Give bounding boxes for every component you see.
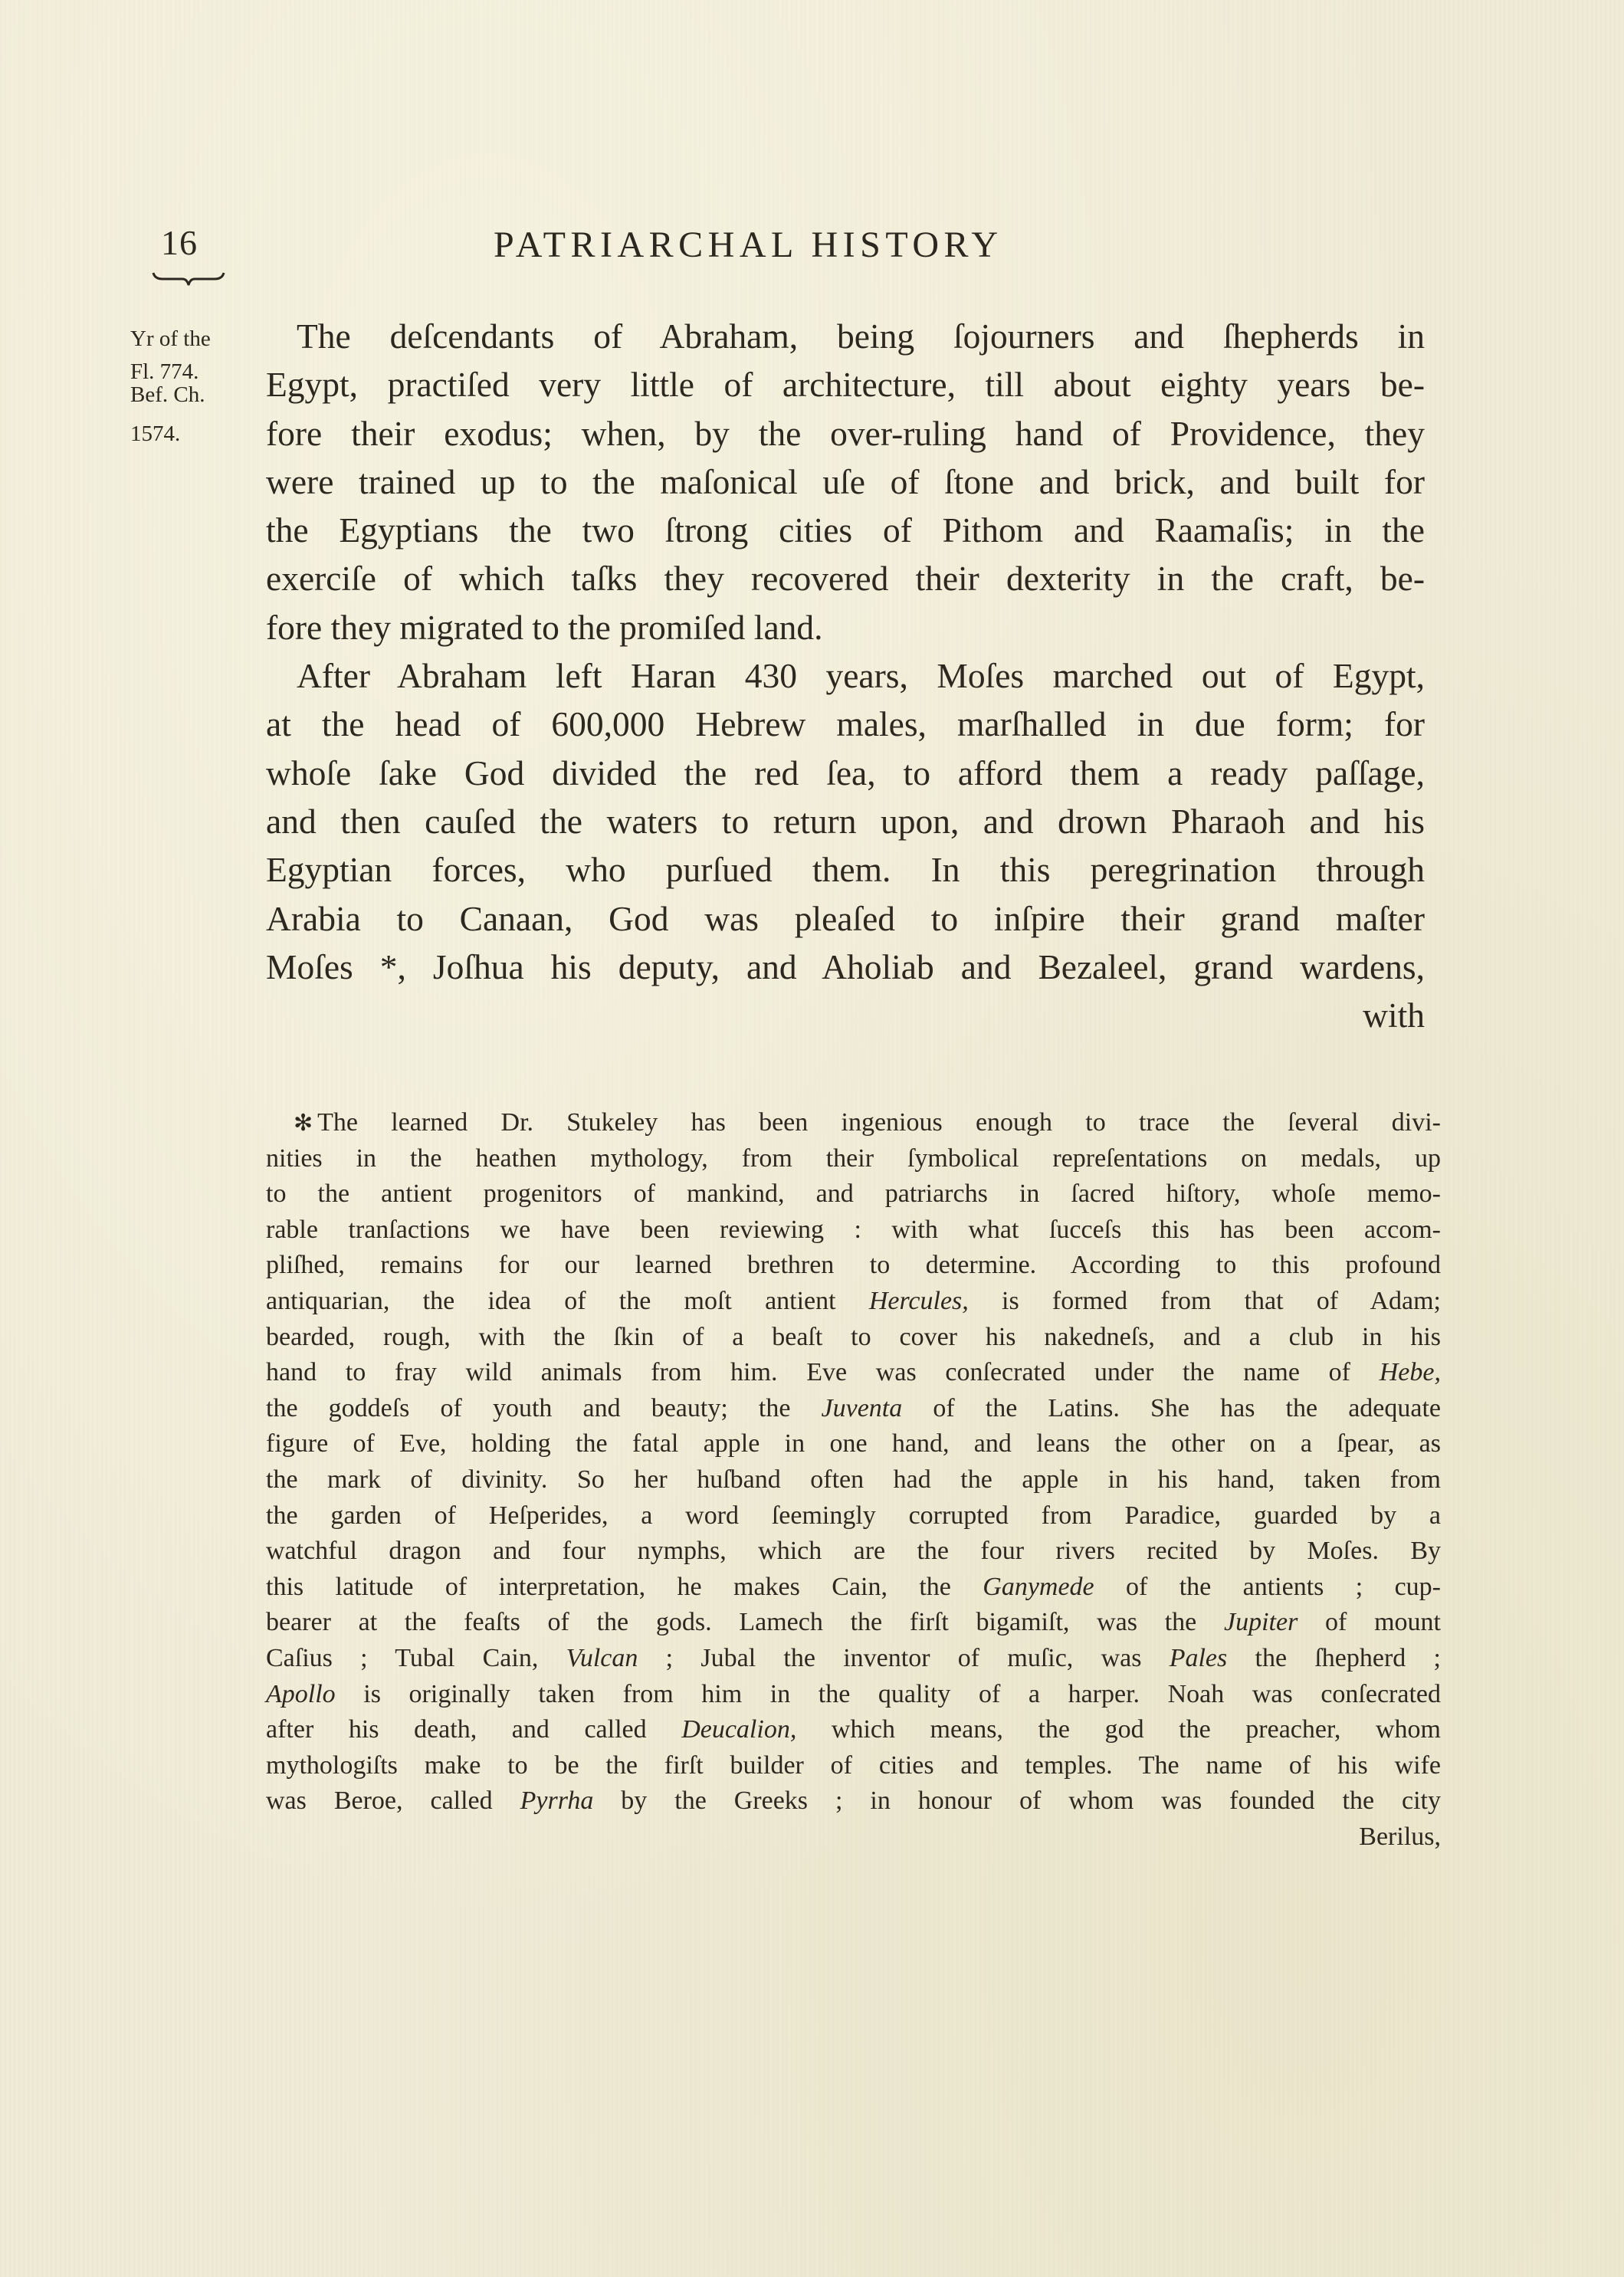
- footnote-line: antiquarian, the idea of the moſt antien…: [266, 1284, 1441, 1320]
- book-page: 16 PATRIARCHAL HISTORY Yr of the Fl. 774…: [0, 0, 1624, 2277]
- footnote-text: the ſhepherd ;: [1227, 1644, 1441, 1672]
- brace-ornament-icon: [152, 270, 225, 287]
- footnote-text: after his death, and called: [266, 1715, 681, 1744]
- footnote-line: to the antient progenitors of mankind, a…: [266, 1176, 1441, 1212]
- footnote-line: bearer at the feaſts of the gods. Lamech…: [266, 1605, 1441, 1641]
- footnote: ✻The learned Dr. Stukeley has been ingen…: [266, 1105, 1441, 1855]
- footnote-text: the mark of divinity. So her huſband oft…: [266, 1465, 1441, 1494]
- footnote-text: this latitude of interpretation, he make…: [266, 1573, 983, 1601]
- footnote-text: was Beroe, called: [266, 1786, 520, 1815]
- footnote-text: which means, the god the preacher, whom: [796, 1715, 1441, 1744]
- italic-term: Pales: [1170, 1644, 1228, 1672]
- margin-note-line: Bef. Ch.: [130, 383, 261, 406]
- italic-term: Vulcan: [566, 1644, 638, 1672]
- footnote-text: mythologiſts make to be the firſt builde…: [266, 1751, 1441, 1780]
- footnote-line: nities in the heathen mythology, from th…: [266, 1141, 1441, 1177]
- footnote-line: Apollo is originally taken from him in t…: [266, 1677, 1441, 1713]
- footnote-text: The learned Dr. Stukeley has been ingeni…: [317, 1108, 1441, 1137]
- running-head: 16 PATRIARCHAL HISTORY: [0, 222, 1624, 276]
- catchword: with: [266, 991, 1425, 1039]
- footnote-line: hand to fray wild animals from him. Eve …: [266, 1355, 1441, 1391]
- footnote-line: watchful dragon and four nymphs, which a…: [266, 1534, 1441, 1570]
- body-line: Egypt, practiſed very little of architec…: [266, 360, 1425, 408]
- footnote-text: nities in the heathen mythology, from th…: [266, 1144, 1441, 1173]
- footnote-text: ; Jubal the inventor of muſic, was: [638, 1644, 1169, 1672]
- footnote-asterisk-icon: ✻: [294, 1111, 313, 1136]
- body-line: fore they migrated to the promiſed land.: [266, 603, 1425, 651]
- body-line: at the head of 600,000 Hebrew males, mar…: [266, 700, 1425, 748]
- italic-term: Hebe,: [1380, 1358, 1441, 1386]
- body-line: the Egyptians the two ſtrong cities of P…: [266, 506, 1425, 554]
- footnote-line: the garden of Heſperides, a word ſeeming…: [266, 1498, 1441, 1534]
- footnote-text: pliſhed, remains for our learned brethre…: [266, 1251, 1441, 1279]
- margin-note-dates: Yr of the Fl. 774. Bef. Ch. 1574.: [130, 322, 261, 451]
- footnote-line: this latitude of interpretation, he make…: [266, 1570, 1441, 1606]
- footnote-line: the mark of divinity. So her huſband oft…: [266, 1462, 1441, 1498]
- footnote-text: by the Greeks ; in honour of whom was fo…: [593, 1786, 1441, 1815]
- body-line: were trained up to the maſonical uſe of …: [266, 458, 1425, 506]
- footnote-text: the garden of Heſperides, a word ſeeming…: [266, 1501, 1441, 1530]
- footnote-text: of the antients ; cup-: [1094, 1573, 1441, 1601]
- body-line: exerciſe of which taſks they recovered t…: [266, 554, 1425, 602]
- footnote-line: pliſhed, remains for our learned brethre…: [266, 1248, 1441, 1284]
- footnote-text: is formed from that of Adam;: [969, 1287, 1441, 1315]
- body-line: Egyptian forces, who purſued them. In th…: [266, 845, 1425, 894]
- footnote-line: Caſius ; Tubal Cain, Vulcan ; Jubal the …: [266, 1641, 1441, 1677]
- body-line: After Abraham left Haran 430 years, Moſe…: [266, 651, 1425, 700]
- italic-term: Apollo: [266, 1680, 336, 1708]
- italic-term: Juventa: [822, 1394, 903, 1422]
- footnote-line: ✻The learned Dr. Stukeley has been ingen…: [266, 1105, 1441, 1141]
- italic-term: Deucalion,: [681, 1715, 796, 1744]
- footnote-text: hand to fray wild animals from him. Eve …: [266, 1358, 1380, 1386]
- footnote-line: the goddeſs of youth and beauty; the Juv…: [266, 1391, 1441, 1427]
- italic-term: Pyrrha: [520, 1786, 594, 1815]
- footnote-line: bearded, rough, with the ſkin of a beaſt…: [266, 1320, 1441, 1356]
- page-number: 16: [161, 222, 198, 263]
- footnote-line: after his death, and called Deucalion, w…: [266, 1712, 1441, 1748]
- footnote-text: is originally taken from him in the qual…: [336, 1680, 1441, 1708]
- footnote-line: was Beroe, called Pyrrha by the Greeks ;…: [266, 1783, 1441, 1819]
- body-line: The deſcendants of Abraham, being ſojour…: [266, 312, 1425, 360]
- footnote-text: rable tranſactions we have been reviewin…: [266, 1216, 1441, 1244]
- body-line: and then cauſed the waters to return upo…: [266, 797, 1425, 845]
- footnote-text: figure of Eve, holding the fatal apple i…: [266, 1429, 1441, 1458]
- body-line: fore their exodus; when, by the over-rul…: [266, 409, 1425, 458]
- italic-term: Ganymede: [983, 1573, 1094, 1601]
- footnote-text: bearded, rough, with the ſkin of a beaſt…: [266, 1323, 1441, 1351]
- italic-term: Hercules,: [869, 1287, 969, 1315]
- footnote-text: of mount: [1298, 1608, 1441, 1636]
- body-line: Arabia to Canaan, God was pleaſed to inſ…: [266, 894, 1425, 943]
- main-body-text: The deſcendants of Abraham, being ſojour…: [266, 312, 1425, 1039]
- footnote-line: figure of Eve, holding the fatal apple i…: [266, 1426, 1441, 1462]
- footnote-line: mythologiſts make to be the firſt builde…: [266, 1748, 1441, 1784]
- running-title: PATRIARCHAL HISTORY: [494, 224, 1003, 266]
- body-line: whoſe ſake God divided the red ſea, to a…: [266, 749, 1425, 797]
- margin-note-line: Fl. 774.: [130, 360, 261, 383]
- footnote-text: antiquarian, the idea of the moſt antien…: [266, 1287, 869, 1315]
- footnote-text: Caſius ; Tubal Cain,: [266, 1644, 566, 1672]
- margin-note-line: Yr of the: [130, 322, 261, 356]
- body-line: Moſes *, Joſhua his deputy, and Aholiab …: [266, 943, 1425, 991]
- footnote-text: the goddeſs of youth and beauty; the: [266, 1394, 822, 1422]
- margin-note-line: 1574.: [130, 417, 261, 451]
- footnote-text: to the antient progenitors of mankind, a…: [266, 1180, 1441, 1208]
- footnote-text: of the Latins. She has the adequate: [902, 1394, 1441, 1422]
- footnote-line: rable tranſactions we have been reviewin…: [266, 1212, 1441, 1248]
- footnote-text: watchful dragon and four nymphs, which a…: [266, 1537, 1441, 1565]
- italic-term: Jupiter: [1224, 1608, 1298, 1636]
- footnote-catchword: Berilus,: [266, 1819, 1441, 1855]
- footnote-text: bearer at the feaſts of the gods. Lamech…: [266, 1608, 1224, 1636]
